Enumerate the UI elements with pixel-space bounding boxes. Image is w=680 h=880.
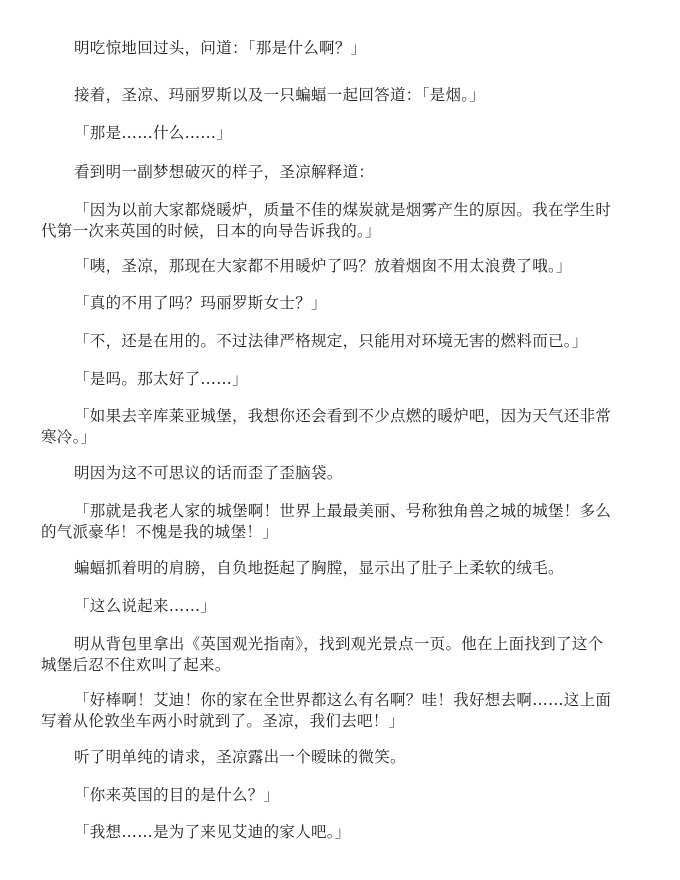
paragraph-line: 城堡后忍不住欢叫了起来。 (41, 655, 666, 676)
paragraph: 「咦，圣凉，那现在大家都不用暖炉了吗？放着烟囱不用太浪费了哦。」 (41, 256, 666, 277)
paragraph-line: 「咦，圣凉，那现在大家都不用暖炉了吗？放着烟囱不用太浪费了哦。」 (41, 256, 666, 277)
paragraph: 「你来英国的目的是什么？」 (41, 785, 666, 806)
paragraph: 「好棒啊！艾迪！你的家在全世界都这么有名啊？哇！我好想去啊……这上面写着从伦敦坐… (41, 690, 666, 732)
paragraph-line: 「因为以前大家都烧暖炉，质量不佳的煤炭就是烟雾产生的原因。我在学生时 (41, 200, 666, 221)
paragraph: 看到明一副梦想破灭的样子，圣凉解释道： (41, 162, 666, 183)
paragraph-line: 明因为这不可思议的话而歪了歪脑袋。 (41, 463, 666, 484)
paragraph-line: 「你来英国的目的是什么？」 (41, 785, 666, 806)
paragraph: 「真的不用了吗？玛丽罗斯女士？」 (41, 293, 666, 314)
paragraph: 「是吗。那太好了……」 (41, 369, 666, 390)
paragraph-line: 「如果去辛库莱亚城堡，我想你还会看到不少点燃的暖炉吧，因为天气还非常 (41, 406, 666, 427)
paragraph-line: 「那就是我老人家的城堡啊！世界上最最美丽、号称独角兽之城的城堡！多么 (41, 501, 666, 522)
paragraph: 蝙蝠抓着明的肩膀，自负地挺起了胸膛，显示出了肚子上柔软的绒毛。 (41, 558, 666, 579)
paragraph: 明从背包里拿出《英国观光指南》，找到观光景点一页。他在上面找到了这个城堡后忍不住… (41, 634, 666, 676)
paragraph-line: 「不，还是在用的。不过法律严格规定，只能用对环境无害的燃料而已。」 (41, 331, 666, 352)
paragraph: 「我想……是为了来见艾迪的家人吧。」 (41, 822, 666, 843)
paragraph-line: 明从背包里拿出《英国观光指南》，找到观光景点一页。他在上面找到了这个 (41, 634, 666, 655)
paragraph: 「那是……什么……」 (41, 123, 666, 144)
paragraph-line: 蝙蝠抓着明的肩膀，自负地挺起了胸膛，显示出了肚子上柔软的绒毛。 (41, 558, 666, 579)
paragraph-line: 「是吗。那太好了……」 (41, 369, 666, 390)
paragraph-line: 接着，圣凉、玛丽罗斯以及一只蝙蝠一起回答道：「是烟。」 (41, 85, 666, 106)
paragraph: 接着，圣凉、玛丽罗斯以及一只蝙蝠一起回答道：「是烟。」 (41, 85, 666, 106)
paragraph-line: 寒冷。」 (41, 427, 666, 448)
paragraph: 「因为以前大家都烧暖炉，质量不佳的煤炭就是烟雾产生的原因。我在学生时代第一次来英… (41, 200, 666, 242)
paragraph: 「那就是我老人家的城堡啊！世界上最最美丽、号称独角兽之城的城堡！多么的气派豪华！… (41, 501, 666, 543)
paragraph-line: 「真的不用了吗？玛丽罗斯女士？」 (41, 293, 666, 314)
paragraph-line: 代第一次来英国的时候，日本的向导告诉我的。」 (41, 221, 666, 242)
paragraph-line: 明吃惊地回过头，问道：「那是什么啊？」 (41, 38, 666, 59)
paragraph: 明因为这不可思议的话而歪了歪脑袋。 (41, 463, 666, 484)
paragraph-line: 「好棒啊！艾迪！你的家在全世界都这么有名啊？哇！我好想去啊……这上面 (41, 690, 666, 711)
paragraph-line: 听了明单纯的请求，圣凉露出一个暧昧的微笑。 (41, 747, 666, 768)
paragraph: 听了明单纯的请求，圣凉露出一个暧昧的微笑。 (41, 747, 666, 768)
paragraph-line: 的气派豪华！不愧是我的城堡！」 (41, 522, 666, 543)
paragraph: 「这么说起来……」 (41, 596, 666, 617)
paragraph: 「如果去辛库莱亚城堡，我想你还会看到不少点燃的暖炉吧，因为天气还非常寒冷。」 (41, 406, 666, 448)
paragraph-line: 看到明一副梦想破灭的样子，圣凉解释道： (41, 162, 666, 183)
paragraph-line: 「这么说起来……」 (41, 596, 666, 617)
paragraph-line: 「我想……是为了来见艾迪的家人吧。」 (41, 822, 666, 843)
paragraph: 明吃惊地回过头，问道：「那是什么啊？」 (41, 38, 666, 59)
paragraph-line: 写着从伦敦坐车两小时就到了。圣凉，我们去吧！」 (41, 711, 666, 732)
paragraph-line: 「那是……什么……」 (41, 123, 666, 144)
paragraph: 「不，还是在用的。不过法律严格规定，只能用对环境无害的燃料而已。」 (41, 331, 666, 352)
